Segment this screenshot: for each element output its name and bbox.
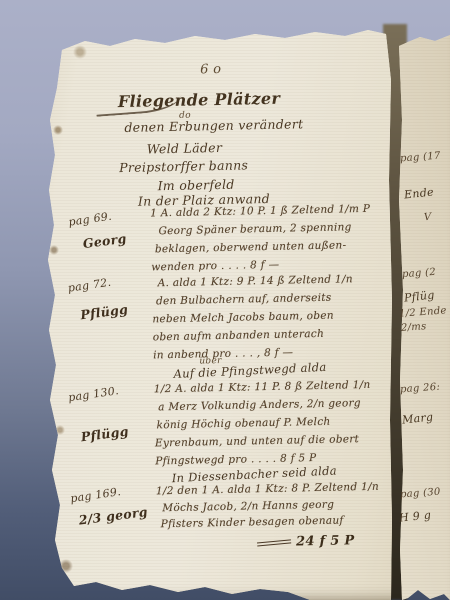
entry-line: 1/2 A. alda 1 Ktz: 11 P. 8 ß Zeltend 1/n [154, 379, 371, 396]
heading-line-2: denen Erbungen verändert [124, 116, 303, 135]
heading-line-3: Weld Läder [147, 140, 223, 157]
margin-name: Pflügg [79, 301, 128, 322]
margin-page-ref: pag 130. [67, 384, 119, 404]
sum-value: 24 f 5 P [296, 533, 355, 549]
sum-line: 24 f 5 P [257, 533, 355, 550]
margin-page-ref: pag 69. [68, 210, 113, 229]
subheading-line: Auf die Pfingstwegd alda [173, 360, 327, 381]
right-fragment: V [424, 212, 432, 223]
entry-line: Eyrenbaum, und unten auf die obert [155, 433, 359, 449]
heading-line-5: Im oberfeld [157, 177, 234, 194]
folio-number: 6 o [200, 62, 221, 77]
margin-page-ref: pag 169. [69, 485, 121, 505]
margin-name: 2/3 georg [78, 504, 149, 528]
entry-line: in anbend pro . . . , 8 f — [153, 346, 293, 361]
margin-page-ref: pag 72. [67, 276, 112, 295]
entry-line: oben aufm anbanden unterach [153, 328, 325, 344]
right-fragment: 2/ms [401, 321, 427, 334]
manuscript-photo: 6 o Fliegende Plätzer do denen Erbungen … [0, 0, 450, 600]
right-fragment: pag (2 [402, 267, 437, 280]
double-rule [257, 539, 291, 546]
heading-flourish [95, 95, 182, 117]
entry-line: Georg Späner beraum, 2 spenning [158, 221, 351, 237]
entry-line: beklagen, oberwend unten außen- [155, 239, 347, 255]
entry-line: Pfisters Kinder besagen obenauf [161, 514, 344, 530]
margin-name: Georg [82, 231, 127, 251]
entry-line: Möchs Jacob, 2/n Hanns georg [162, 499, 334, 515]
heading-line-4: Preipstorffer banns [119, 157, 248, 175]
entry-line: neben Melch Jacobs baum, oben [152, 310, 334, 326]
entry-line: den Bulbachern auf, anderseits [156, 292, 332, 308]
entry-line: A. alda 1 Ktz: 9 P. 14 ß Zeltend 1/n [158, 273, 353, 289]
margin-name: Pflügg [80, 424, 129, 445]
entry-line: könig Höchig obenauf P. Melch [156, 416, 330, 432]
entry-line: wenden pro . . . . 8 f — [151, 259, 279, 274]
left-page-handwriting: 6 o Fliegende Plätzer do denen Erbungen … [0, 0, 450, 600]
entry-line: a Merz Volkundig Anders, 2/n georg [158, 397, 361, 413]
